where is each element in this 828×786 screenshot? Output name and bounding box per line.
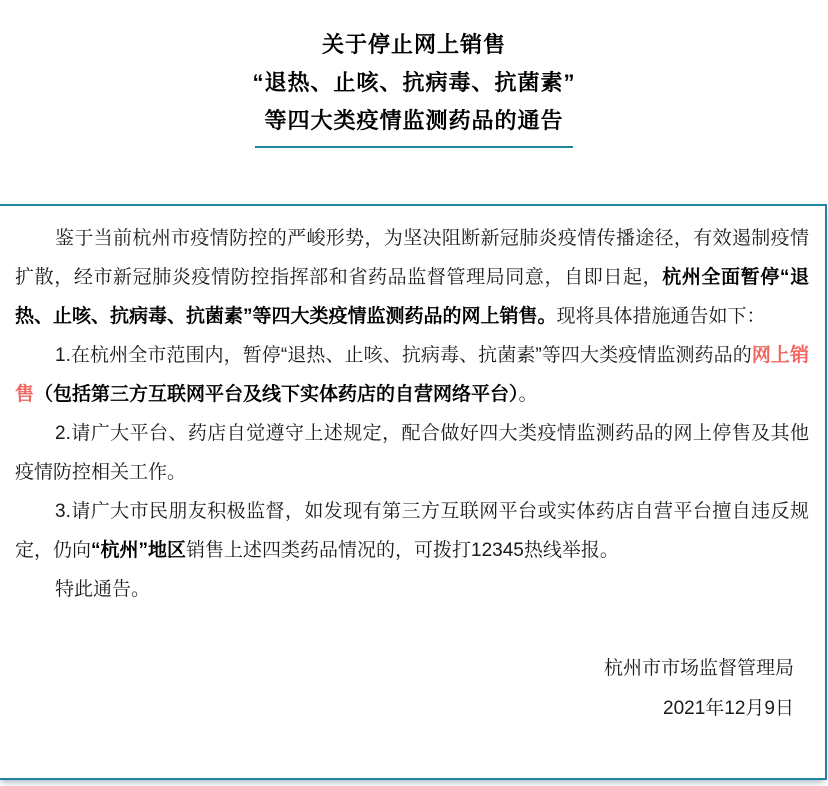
item1-bold-text: （包括第三方互联网平台及线下实体药店的自营网络平台） xyxy=(34,384,519,405)
signature-block: 杭州市市场监督管理局 2021年12月9日 xyxy=(15,649,809,729)
signature-org: 杭州市市场监督管理局 xyxy=(15,649,794,689)
notice-item-1: 1.在杭州全市范围内，暂停“退热、止咳、抗病毒、抗菌素”等四大类疫情监测药品的网… xyxy=(15,336,809,414)
notice-body-box: 鉴于当前杭州市疫情防控的严峻形势，为坚决阻断新冠肺炎疫情传播途径，有效遏制疫情扩… xyxy=(0,204,827,780)
notice-paragraph-intro: 鉴于当前杭州市疫情防控的严峻形势，为坚决阻断新冠肺炎疫情传播途径，有效遏制疫情扩… xyxy=(15,219,809,336)
item3-bold-text: “杭州”地区 xyxy=(91,540,186,561)
notice-title: 关于停止网上销售 “退热、止咳、抗病毒、抗菌素” 等四大类疫情监测药品的通告 xyxy=(0,26,828,148)
notice-closing: 特此通告。 xyxy=(15,570,809,609)
title-underline xyxy=(255,146,573,148)
item1-text-2: 。 xyxy=(519,384,538,405)
item3-text-2: 销售上述四类药品情况的，可拨打12345热线举报。 xyxy=(186,540,619,561)
title-line-1: 关于停止网上销售 xyxy=(0,26,828,64)
title-line-3: 等四大类疫情监测药品的通告 xyxy=(0,102,828,140)
notice-item-2: 2.请广大平台、药店自觉遵守上述规定，配合做好四大类疫情监测药品的网上停售及其他… xyxy=(15,414,809,492)
signature-date: 2021年12月9日 xyxy=(15,689,794,729)
title-line-2: “退热、止咳、抗病毒、抗菌素” xyxy=(0,64,828,102)
notice-page: 关于停止网上销售 “退热、止咳、抗病毒、抗菌素” 等四大类疫情监测药品的通告 鉴… xyxy=(0,26,828,148)
notice-item-3: 3.请广大市民朋友积极监督，如发现有第三方互联网平台或实体药店自营平台擅自违反规… xyxy=(15,492,809,570)
intro-text-2: 现将具体措施通告如下： xyxy=(557,306,766,327)
item1-text-1: 1.在杭州全市范围内，暂停“退热、止咳、抗病毒、抗菌素”等四大类疫情监测药品的 xyxy=(55,345,752,366)
